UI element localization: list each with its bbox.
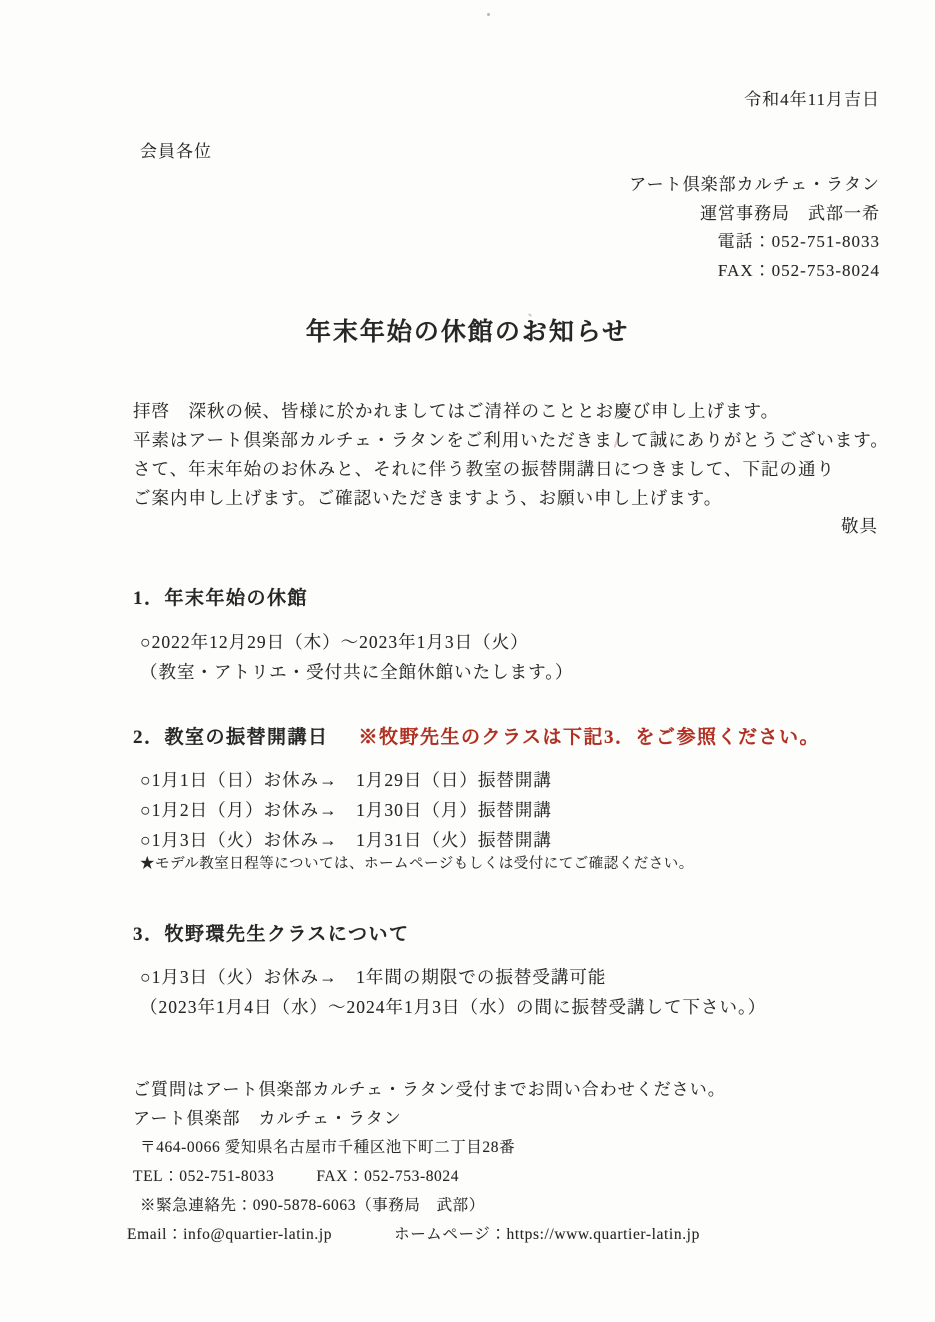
section2-body: ○1月1日（日）お休み→ 1月29日（日）振替開講 ○1月2日（月）お休み→ 1… — [140, 765, 552, 855]
footer-email: Email：info@quartier-latin.jp — [127, 1220, 332, 1249]
scanned-letter-page: 令和4年11月吉日 会員各位 アート倶楽部カルチェ・ラタン 運営事務局 武部一希… — [0, 0, 935, 1322]
sender-block: アート倶楽部カルチェ・ラタン 運営事務局 武部一希 電話：052-751-803… — [629, 171, 880, 285]
footer-inquiry: ご質問はアート倶楽部カルチェ・ラタン受付までお問い合わせください。 — [133, 1075, 726, 1104]
reschedule-line: ○1月3日（火）お休み→ 1月31日（火）振替開講 — [140, 825, 552, 855]
makino-reschedule-line: ○1月3日（火）お休み→ 1年間の期限での振替受講可能 — [140, 962, 766, 992]
footer-address: 〒464-0066 愛知県名古屋市千種区池下町二丁目28番 — [140, 1133, 726, 1162]
section2-heading: 2．教室の振替開講日 — [133, 722, 329, 749]
sender-org: アート倶楽部カルチェ・ラタン — [629, 171, 880, 200]
section2-red-note: ※牧野先生のクラスは下記3．をご参照ください。 — [359, 722, 820, 749]
closure-period-line: ○2022年12月29日（木）～2023年1月3日（火） — [140, 627, 574, 657]
section1-body: ○2022年12月29日（木）～2023年1月3日（火） （教室・アトリエ・受付… — [140, 627, 574, 687]
greeting-line: さて、年末年始のお休みと、それに伴う教室の振替開講日につきまして、下記の通り — [133, 455, 889, 484]
greeting-line: 平素はアート倶楽部カルチェ・ラタンをご利用いただきまして誠にありがとうございます… — [133, 426, 889, 455]
section3-body: ○1月3日（火）お休み→ 1年間の期限での振替受講可能 （2023年1月4日（水… — [140, 962, 766, 1022]
footer-org: アート倶楽部 カルチェ・ラタン — [133, 1104, 726, 1133]
footer-telfax-row: TEL：052-751-8033 FAX：052-753-8024 — [133, 1162, 726, 1191]
reschedule-line: ○1月1日（日）お休み→ 1月29日（日）振替開講 — [140, 765, 552, 795]
greeting-line: 拝啓 深秋の候、皆様に於かれましてはご清祥のこととお慶び申し上げます。 — [133, 397, 889, 426]
reschedule-line: ○1月2日（月）お休み→ 1月30日（月）振替開講 — [140, 795, 552, 825]
greeting-paragraph: 拝啓 深秋の候、皆様に於かれましてはご清祥のこととお慶び申し上げます。 平素はア… — [133, 397, 889, 513]
section1-heading: 1．年末年始の休館 — [133, 583, 308, 610]
section2-footnote: ★モデル教室日程等については、ホームページもしくは受付にてご確認ください。 — [140, 852, 694, 873]
sender-office: 運営事務局 武部一希 — [629, 200, 880, 229]
footer-fax: FAX：052-753-8024 — [316, 1162, 459, 1191]
closing-keigu: 敬具 — [841, 513, 878, 538]
sender-fax: FAX：052-753-8024 — [629, 257, 880, 286]
greeting-line: ご案内申し上げます。ご確認いただきますよう、お願い申し上げます。 — [133, 484, 889, 513]
closure-scope-line: （教室・アトリエ・受付共に全館休館いたします。） — [140, 657, 574, 687]
section3-heading: 3．牧野環先生クラスについて — [133, 919, 410, 946]
date-line: 令和4年11月吉日 — [744, 85, 880, 110]
sender-tel: 電話：052-751-8033 — [629, 228, 880, 257]
footer-contact-block: ご質問はアート倶楽部カルチェ・ラタン受付までお問い合わせください。 アート倶楽部… — [127, 1075, 726, 1249]
makino-period-line: （2023年1月4日（水）～2024年1月3日（水）の間に振替受講して下さい。） — [140, 992, 766, 1022]
scan-speck — [487, 13, 490, 16]
footer-email-row: Email：info@quartier-latin.jp ホームページ：http… — [127, 1220, 726, 1249]
page-title: 年末年始の休館のお知らせ — [0, 312, 935, 348]
section2-heading-row: 2．教室の振替開講日 ※牧野先生のクラスは下記3．をご参照ください。 — [133, 722, 820, 749]
footer-emergency: ※緊急連絡先：090-5878-6063（事務局 武部） — [140, 1191, 726, 1220]
footer-tel: TEL：052-751-8033 — [133, 1162, 274, 1191]
footer-homepage: ホームページ：https://www.quartier-latin.jp — [394, 1220, 700, 1249]
recipient: 会員各位 — [140, 137, 212, 162]
